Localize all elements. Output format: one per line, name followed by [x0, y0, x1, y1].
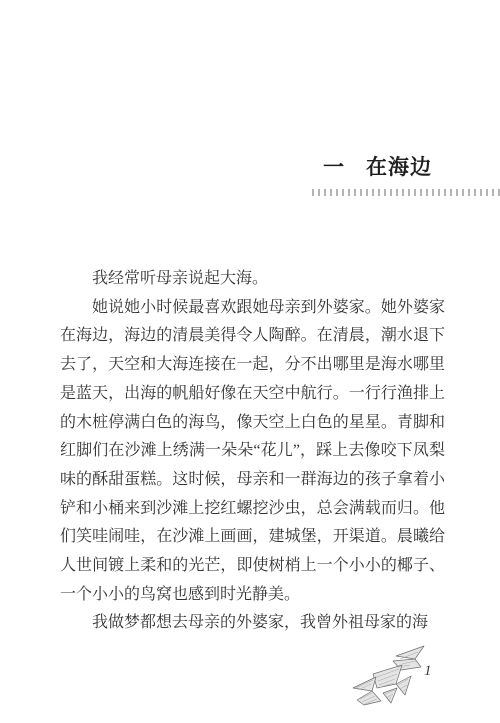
- book-page: 一在海边 我经常听母亲说起大海。 她说她小时候最喜欢跟她母亲到外婆家。她外婆家在…: [0, 0, 500, 723]
- dashed-rule-divider: [312, 189, 500, 196]
- chapter-title-line: 一在海边: [323, 154, 432, 181]
- page-number: 1: [424, 663, 432, 680]
- chapter-body-text: 我经常听母亲说起大海。 她说她小时候最喜欢跟她母亲到外婆家。她外婆家在海边，海边…: [60, 265, 445, 638]
- chapter-title: 在海边: [366, 155, 432, 179]
- chapter-number: 一: [323, 155, 345, 179]
- paragraph-1: 我经常听母亲说起大海。: [60, 265, 445, 294]
- paragraph-3: 我做梦都想去母亲的外婆家，我曾外祖母家的海: [60, 609, 445, 638]
- paragraph-2: 她说她小时候最喜欢跟她母亲到外婆家。她外婆家在海边，海边的清晨美得令人陶醉。在清…: [60, 294, 445, 610]
